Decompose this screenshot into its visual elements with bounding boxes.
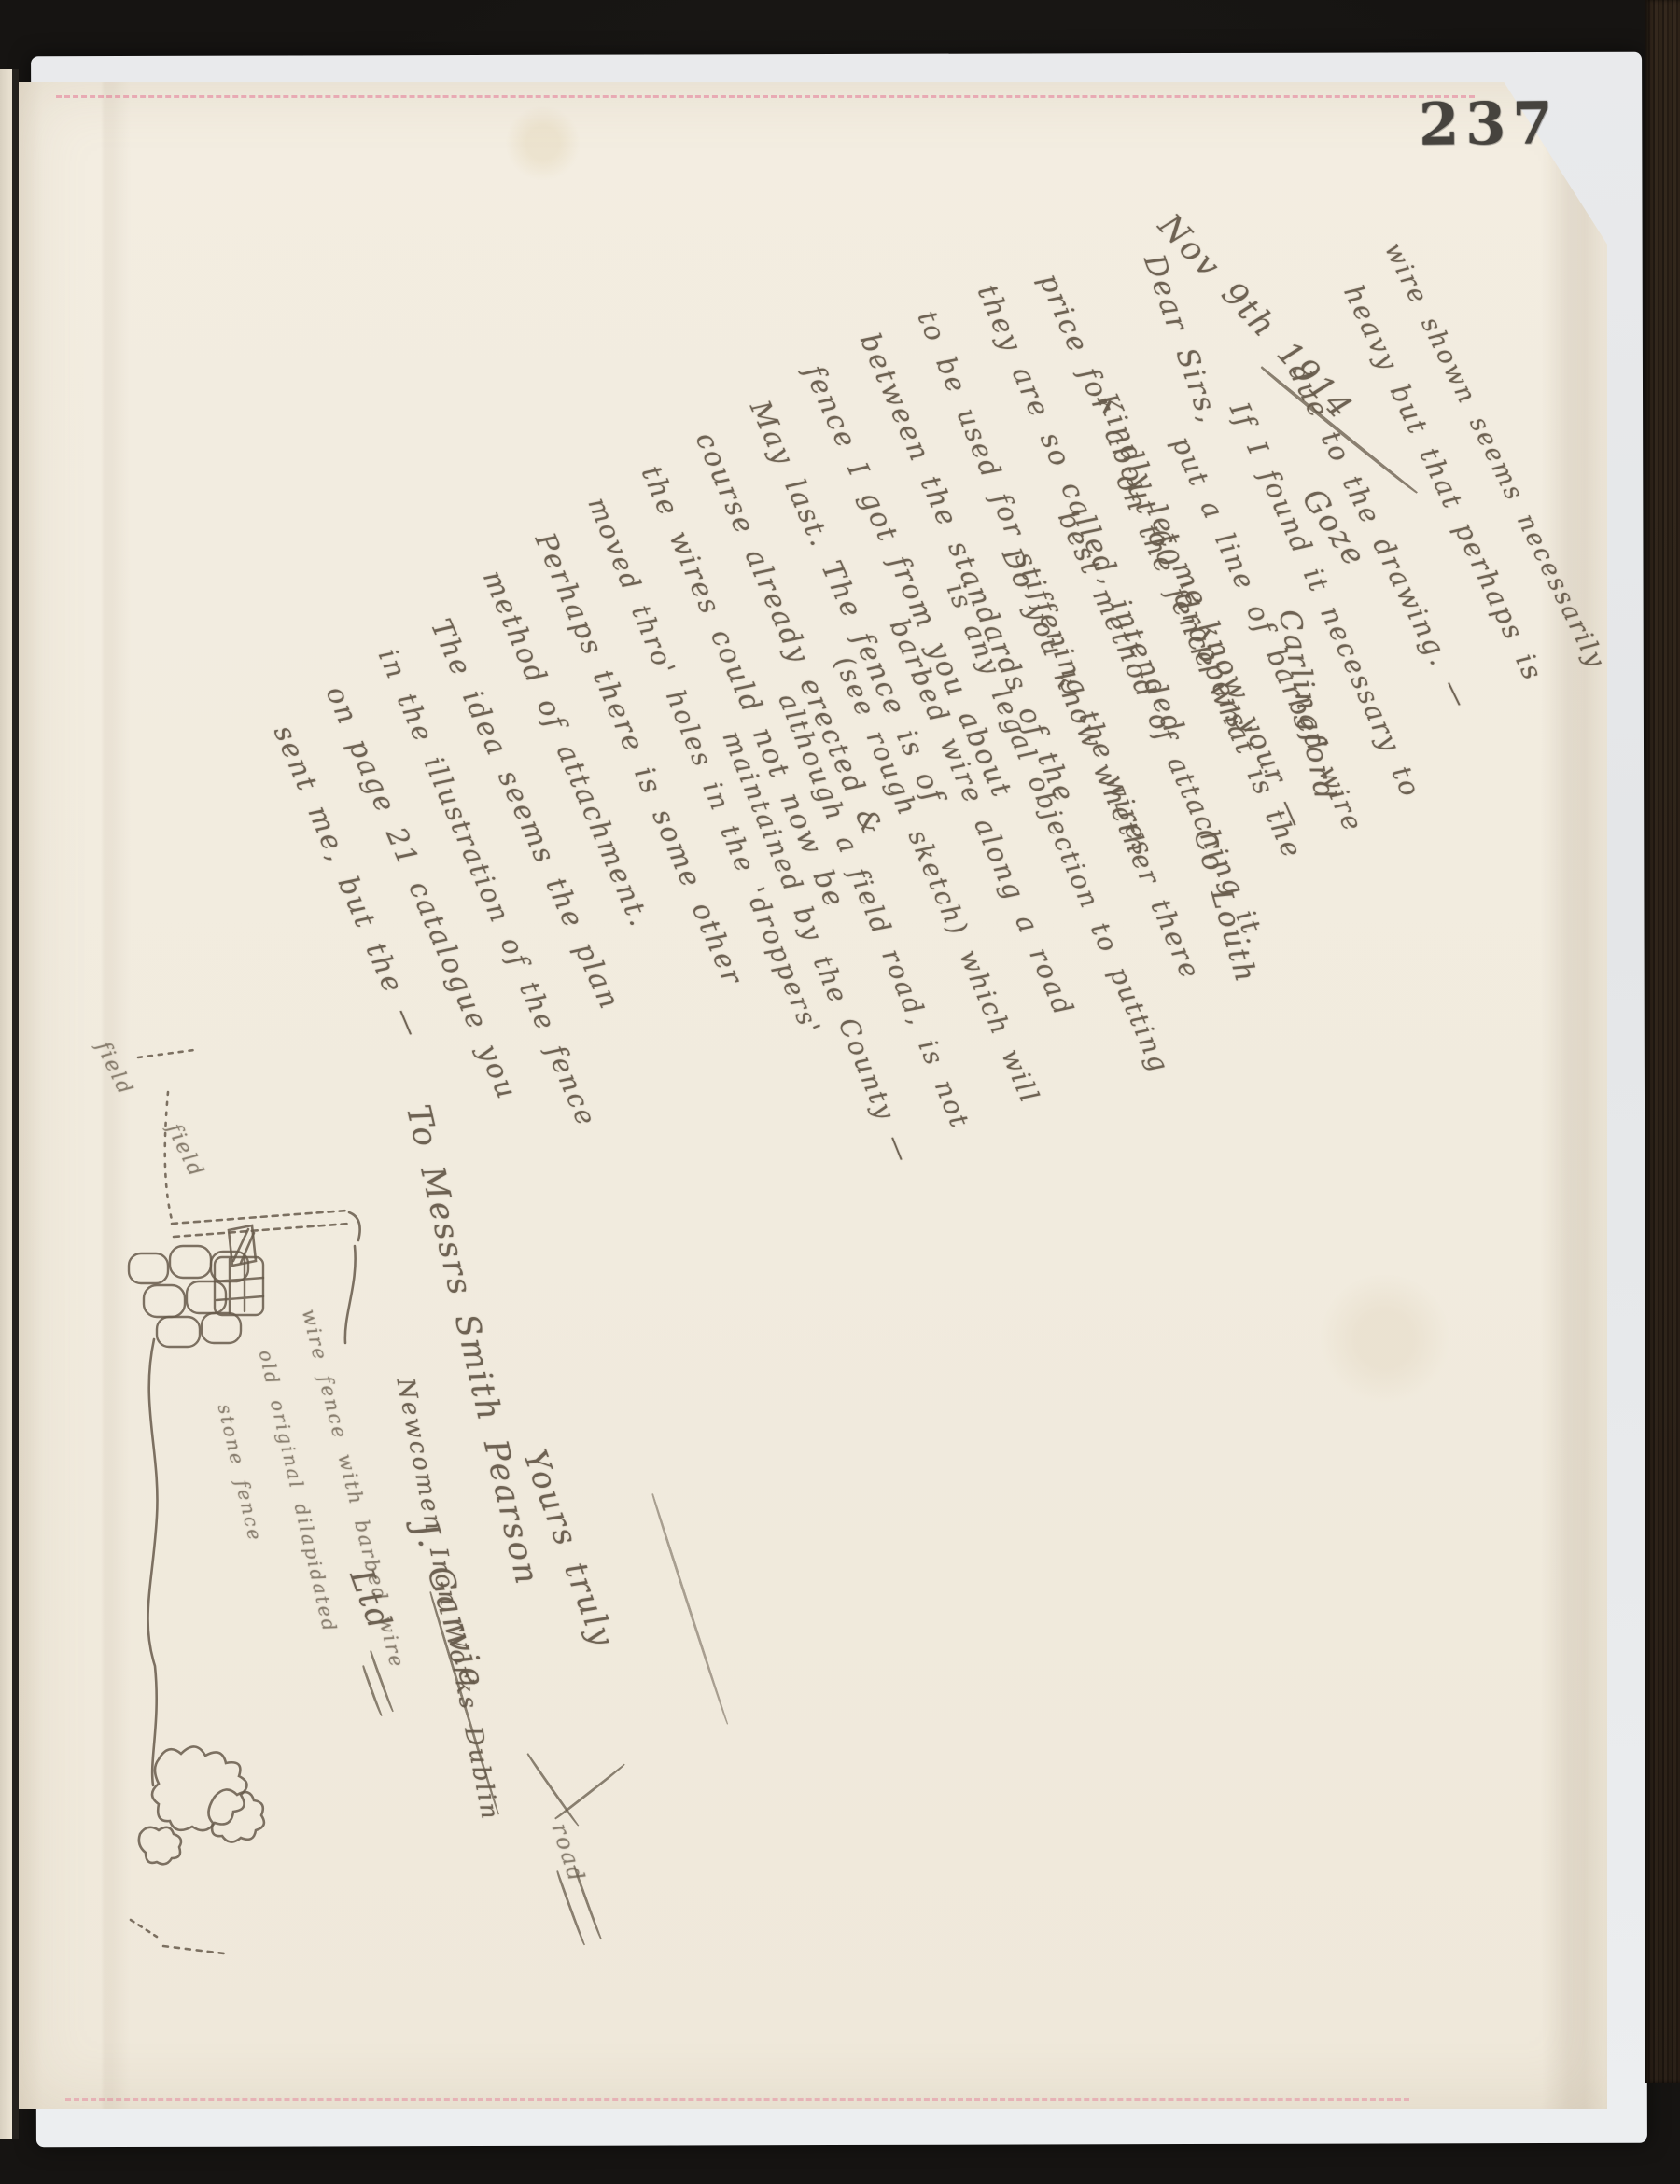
previous-page-edge [0, 69, 19, 2139]
book-page-edges-right [1645, 0, 1680, 2083]
book-photo-background: 237 Nov 9th 1914 Dear Sirs, Goze Carling… [0, 0, 1680, 2184]
fence-sketch [75, 1013, 691, 2002]
pink-ruled-edge-bottom [65, 2098, 1409, 2101]
page-number-stamp: 237 [1419, 89, 1560, 159]
pink-ruled-edge-top [56, 95, 1475, 98]
